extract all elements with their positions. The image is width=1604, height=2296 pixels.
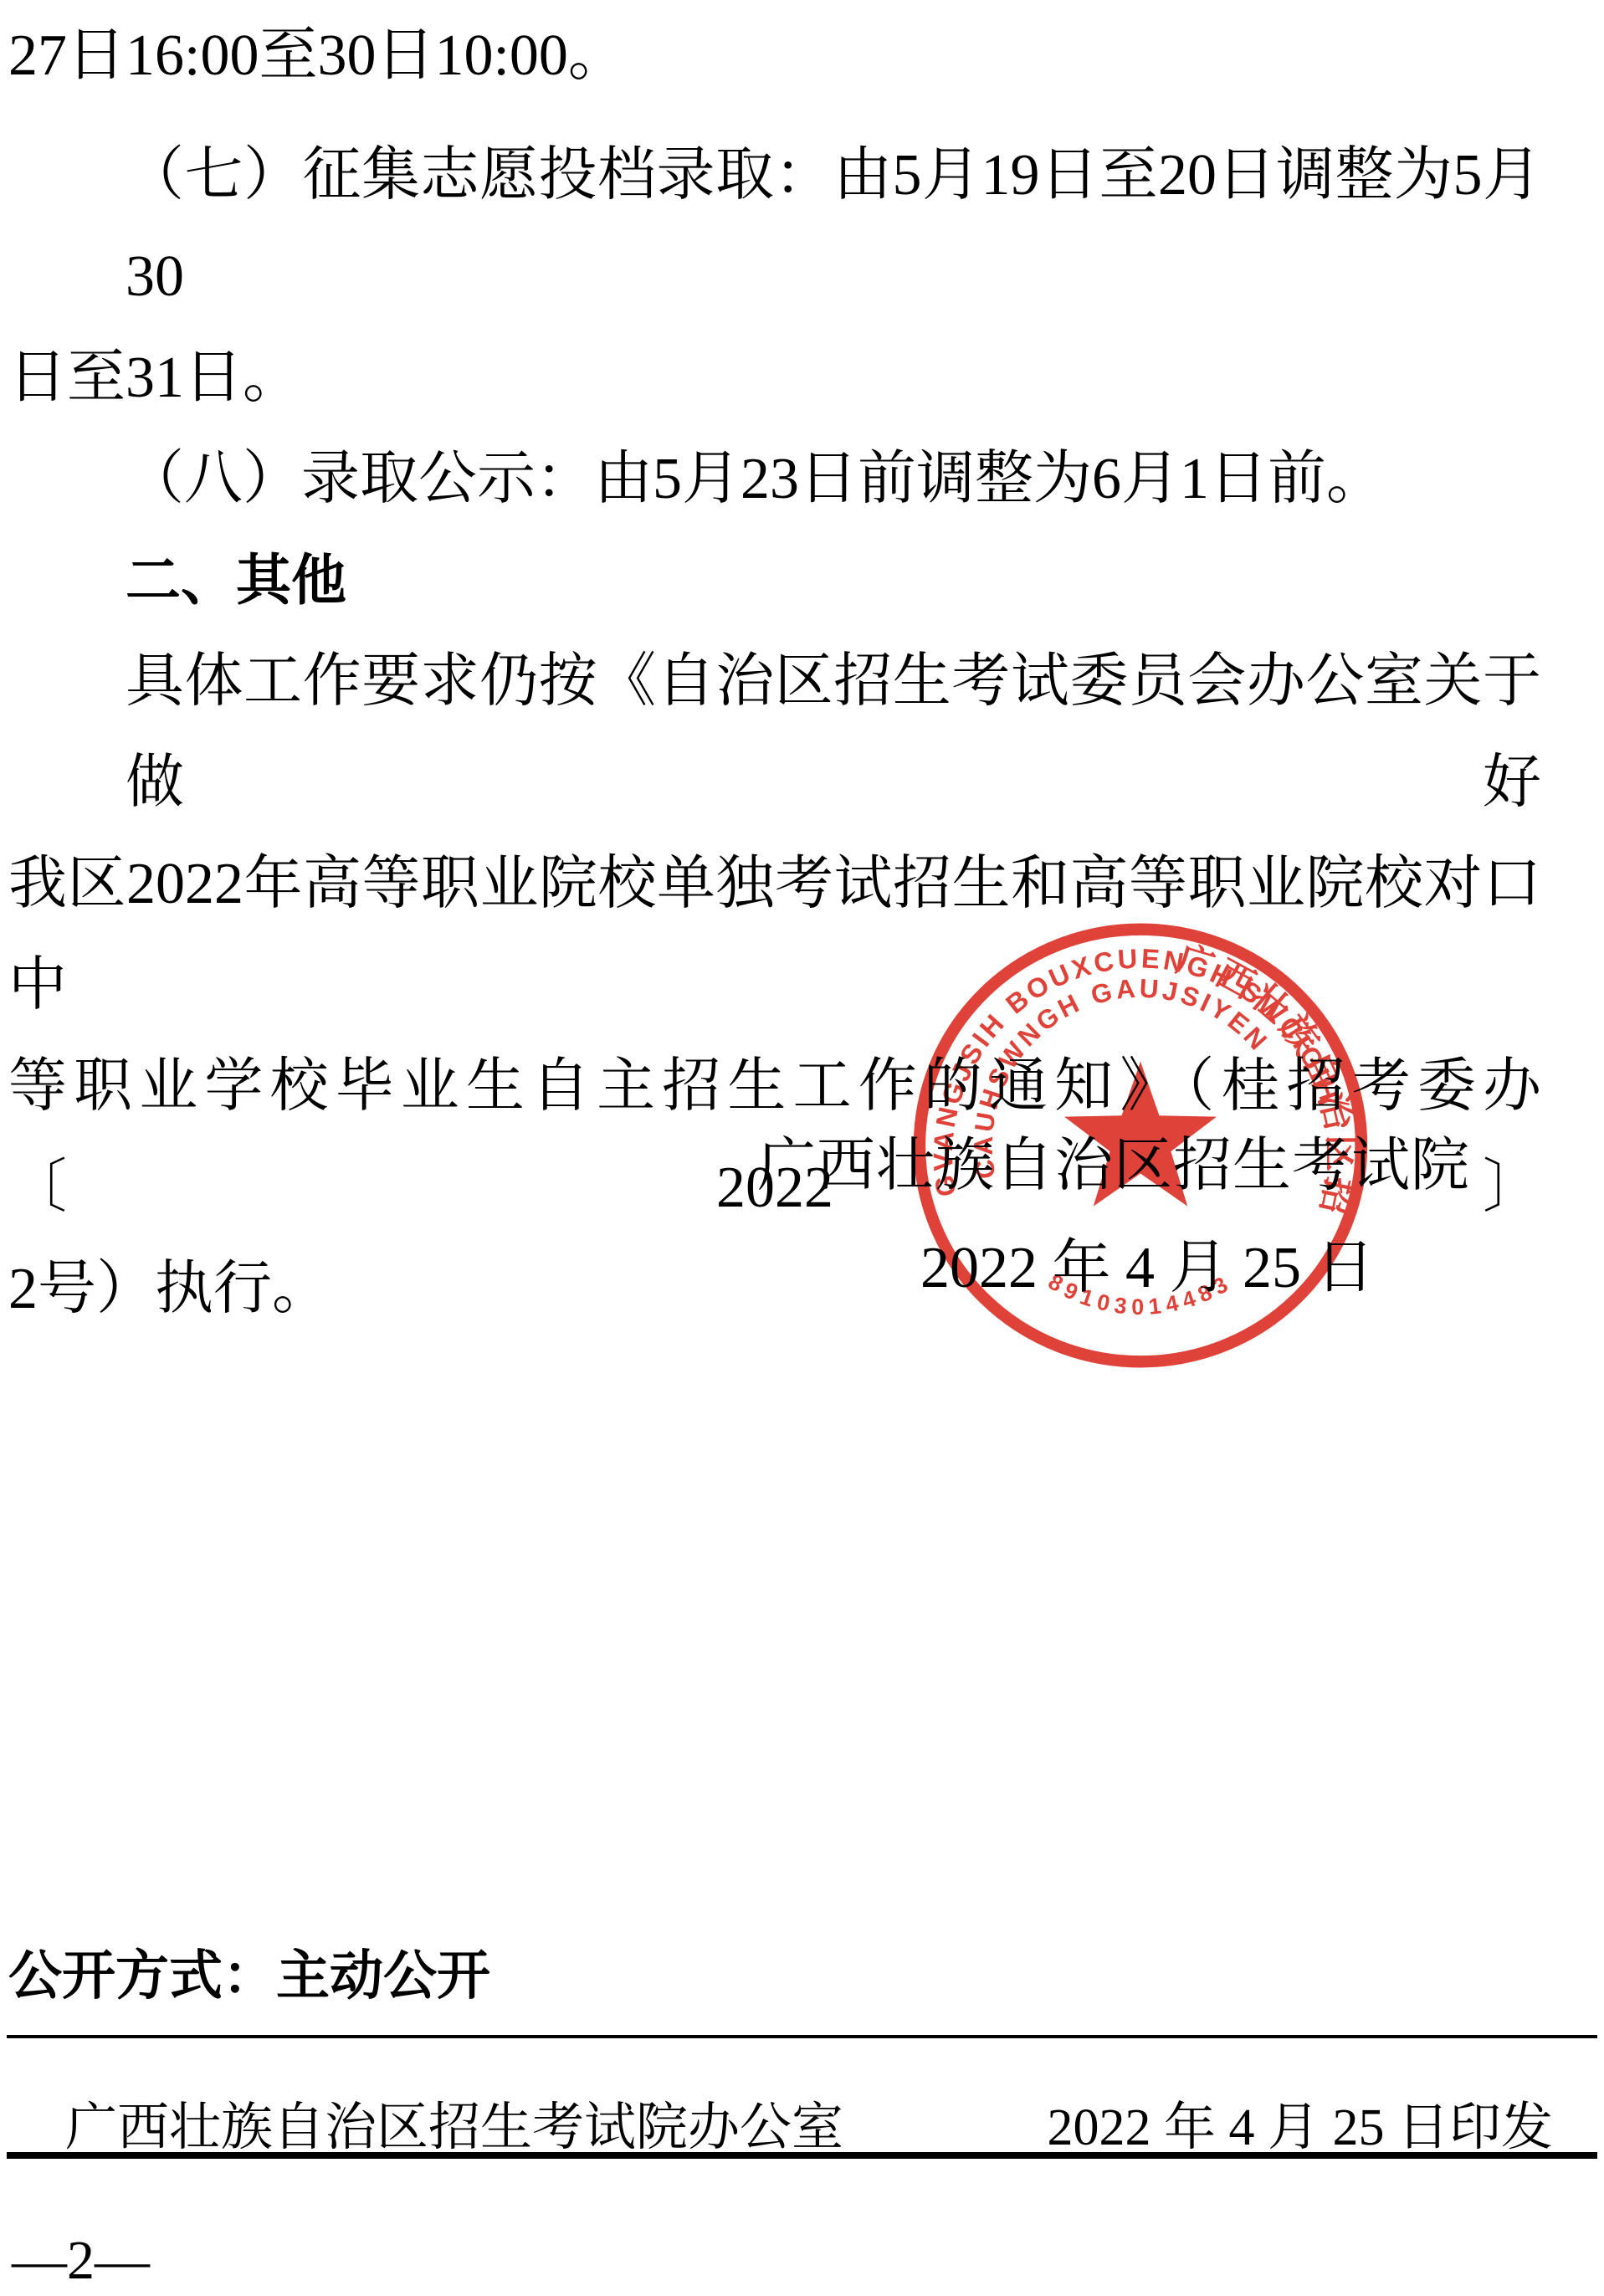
footer-office-row: 广西壮族自治区招生考试院办公室 2022 年 4 月 25 日印发	[65, 2085, 1553, 2160]
paragraph-line: 具体工作要求仍按《自治区招生考试委员会办公室关于做好	[8, 631, 1541, 833]
svg-text:89103014483: 89103014483	[1044, 1269, 1238, 1320]
paragraph-line: 日至31日。	[8, 327, 1541, 428]
paragraph-line: （七）征集志愿投档录取：由5月19日至20日调整为5月30	[8, 125, 1541, 327]
official-seal-stamp: GVANGJSIH BOUXCUENGH SWCIGIH CAUHSWNGH G…	[897, 905, 1384, 1386]
footer-divider-thick	[7, 2152, 1597, 2159]
page-number: —2—	[12, 2229, 150, 2293]
seal-star-icon	[1064, 1062, 1217, 1207]
seal-graphic: GVANGJSIH BOUXCUENGH SWCIGIH CAUHSWNGH G…	[897, 905, 1384, 1386]
paragraph-line: 27日16:00至30日10:00。	[8, 5, 1541, 106]
document-page: 27日16:00至30日10:00。 （七）征集志愿投档录取：由5月19日至20…	[0, 0, 1604, 2296]
section-heading: 二、其他	[8, 530, 1541, 631]
footer-divider-thin	[7, 2035, 1597, 2038]
disclosure-line: 公开方式：主动公开	[8, 1933, 490, 2010]
issuing-office: 广西壮族自治区招生考试院办公室	[65, 2085, 843, 2160]
paragraph-line: （八）录取公示：由5月23日前调整为6月1日前。	[8, 428, 1541, 530]
seal-serial-text: 89103014483	[1044, 1269, 1238, 1320]
print-date: 2022 年 4 月 25 日印发	[1047, 2085, 1553, 2160]
